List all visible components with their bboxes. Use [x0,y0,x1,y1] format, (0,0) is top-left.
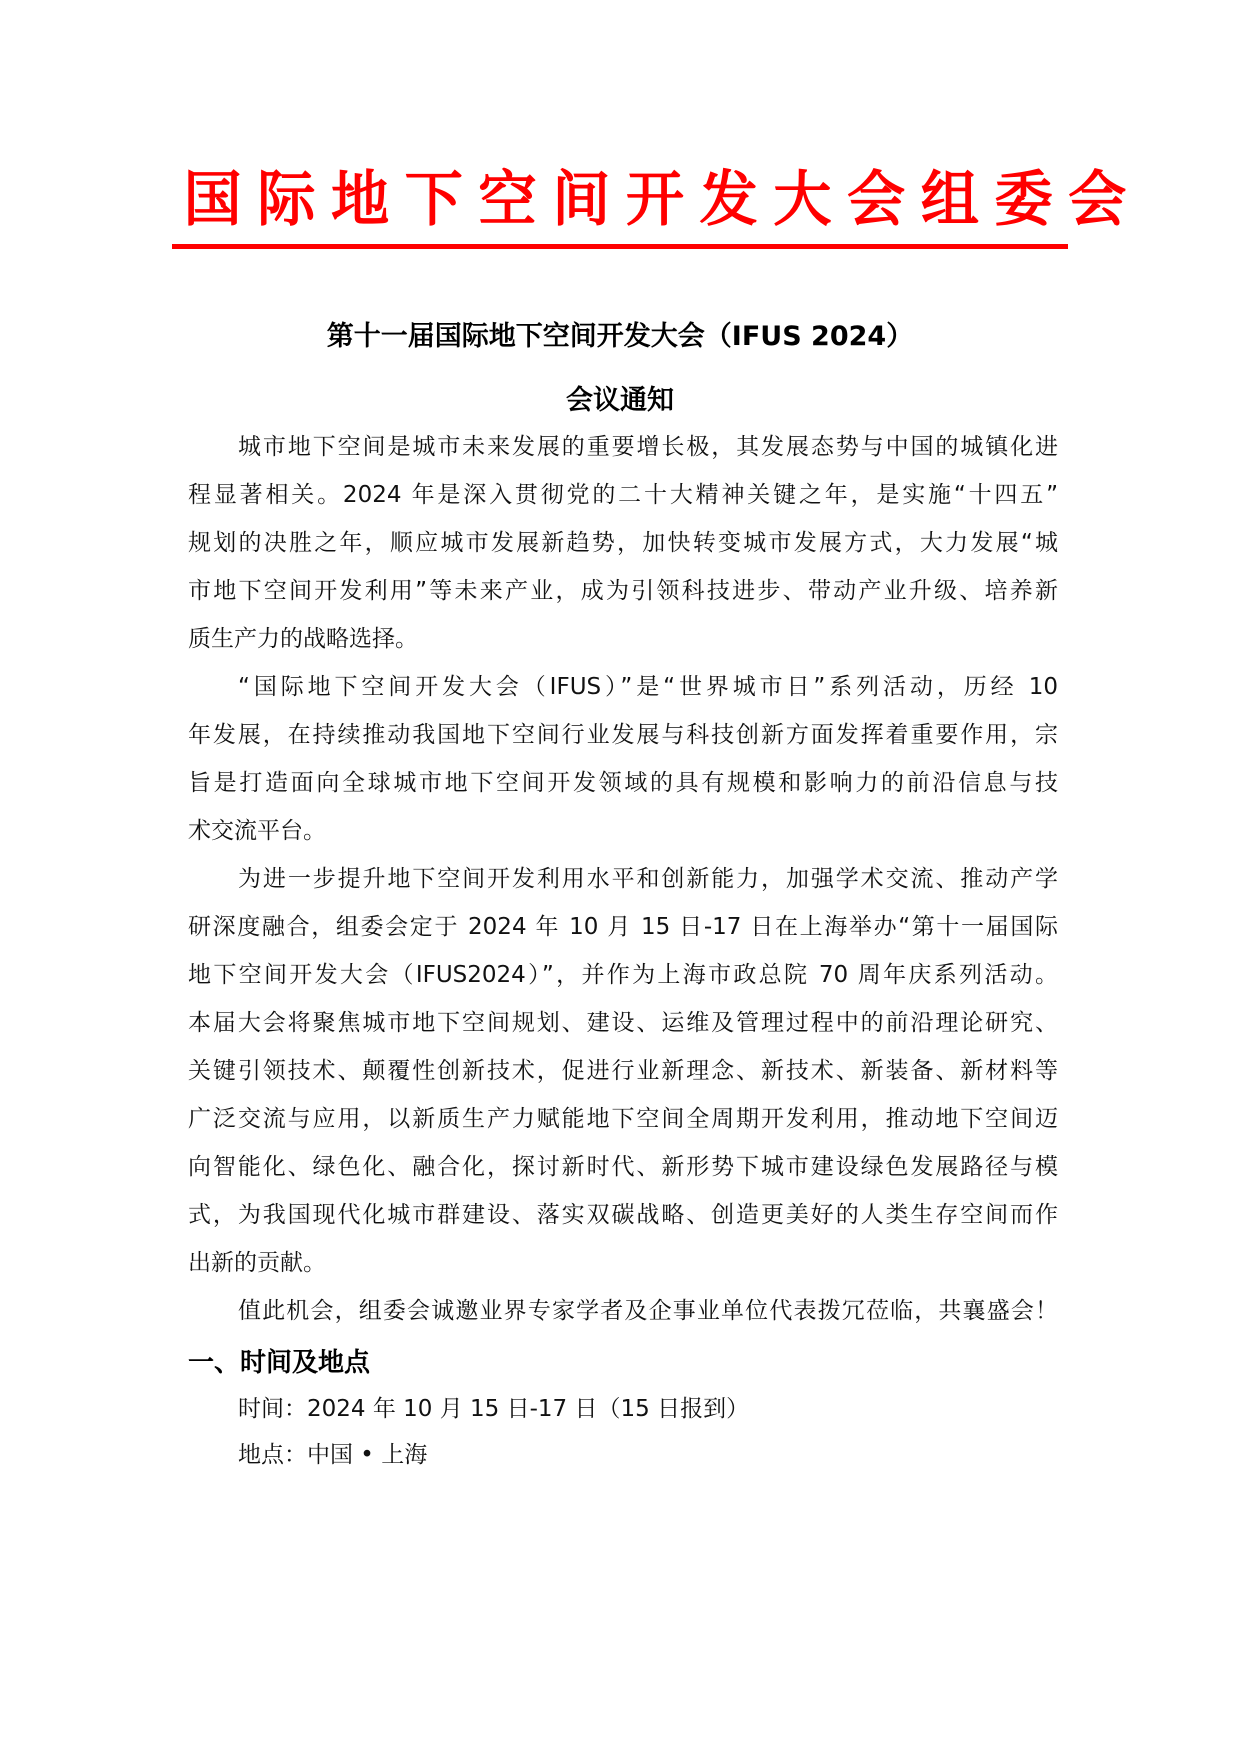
document-title: 第十一届国际地下空间开发大会（IFUS 2024） [0,314,1240,353]
paragraph-line: 规划的决胜之年，顺应城市发展新趋势，加快转变城市发展方式，大力发展“城 [188,528,1058,558]
header-divider [172,244,1068,249]
paragraph-line: 术交流平台。 [188,816,1058,846]
paragraph-line: 值此机会，组委会诚邀业界专家学者及企事业单位代表拨冗莅临，共襄盛会！ [238,1296,1058,1326]
paragraph-line: 旨是打造面向全球城市地下空间开发领域的具有规模和影响力的前沿信息与技 [188,768,1058,798]
document-subtitle: 会议通知 [0,378,1240,417]
event-location: 地点：中国 • 上海 [238,1440,427,1470]
organization-header: 国际地下空间开发大会组委会 [184,160,1057,240]
paragraph-line: 为进一步提升地下空间开发利用水平和创新能力，加强学术交流、推动产学 [238,864,1058,894]
paragraph-line: 出新的贡献。 [188,1248,1058,1278]
paragraph-line: 向智能化、绿色化、融合化，探讨新时代、新形势下城市建设绿色发展路径与模 [188,1152,1058,1182]
paragraph-line: 广泛交流与应用，以新质生产力赋能地下空间全周期开发利用，推动地下空间迈 [188,1104,1058,1134]
paragraph-line: 地下空间开发大会（IFUS2024）”，并作为上海市政总院 70 周年庆系列活动… [188,960,1058,990]
event-time: 时间：2024 年 10 月 15 日-17 日（15 日报到） [238,1394,749,1424]
document-page: 国际地下空间开发大会组委会 第十一届国际地下空间开发大会（IFUS 2024） … [0,0,1240,1753]
paragraph-line: 程显著相关。2024 年是深入贯彻党的二十大精神关键之年，是实施“十四五” [188,480,1058,510]
section-heading-time-location: 一、时间及地点 [188,1342,370,1379]
paragraph-line: 市地下空间开发利用”等未来产业，成为引领科技进步、带动产业升级、培养新 [188,576,1058,606]
paragraph-line: “国际地下空间开发大会（IFUS）”是“世界城市日”系列活动，历经 10 [238,672,1058,702]
paragraph-line: 关键引领技术、颠覆性创新技术，促进行业新理念、新技术、新装备、新材料等 [188,1056,1058,1086]
paragraph-line: 年发展，在持续推动我国地下空间行业发展与科技创新方面发挥着重要作用，宗 [188,720,1058,750]
paragraph-line: 本届大会将聚焦城市地下空间规划、建设、运维及管理过程中的前沿理论研究、 [188,1008,1058,1038]
paragraph-line: 城市地下空间是城市未来发展的重要增长极，其发展态势与中国的城镇化进 [238,432,1058,462]
paragraph-line: 式，为我国现代化城市群建设、落实双碳战略、创造更美好的人类生存空间而作 [188,1200,1058,1230]
paragraph-line: 研深度融合，组委会定于 2024 年 10 月 15 日-17 日在上海举办“第… [188,912,1058,942]
paragraph-line: 质生产力的战略选择。 [188,624,1058,654]
